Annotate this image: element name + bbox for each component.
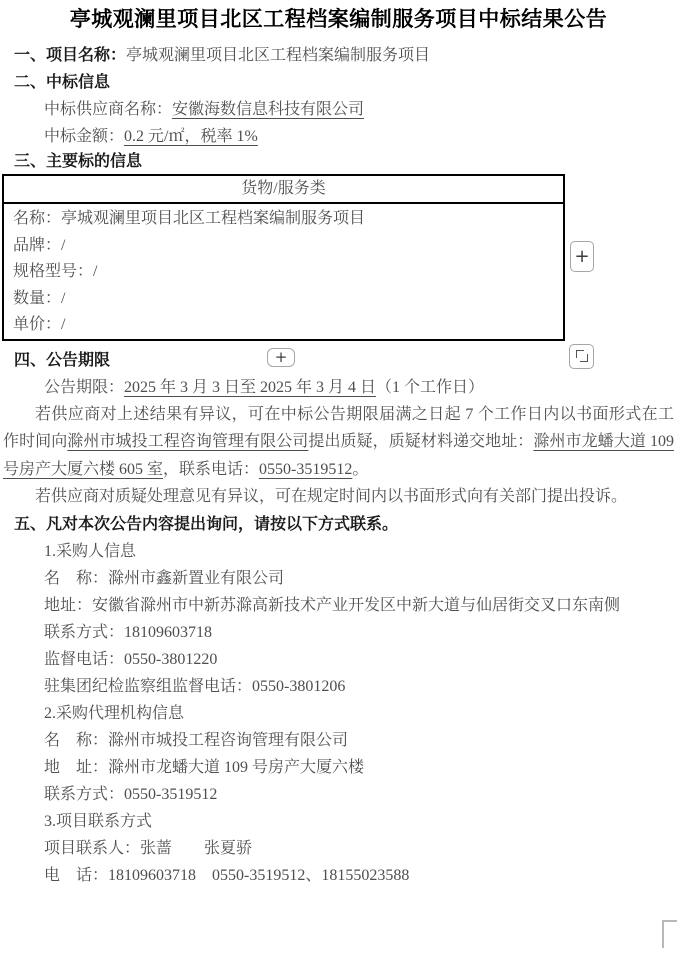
amount-line: 中标金额：0.2 元/㎡，税率 1% bbox=[0, 123, 677, 150]
objection-text: ，联系电话： bbox=[163, 461, 259, 478]
period-line: 公告期限：2025 年 3 月 3 日至 2025 年 3 月 4 日（1 个工… bbox=[0, 374, 677, 401]
agency-name-underlined: 滁州市城投工程咨询管理有限公司 bbox=[67, 433, 308, 450]
project-name-value: 亭城观澜里项目北区工程档案编制服务项目 bbox=[126, 47, 430, 64]
table-body: 名称：亭城观澜里项目北区工程档案编制服务项目 品牌：/ 规格型号：/ 数量：/ … bbox=[4, 204, 563, 339]
contact-line-project-contacts: 项目联系人：张蔷 张夏骄 bbox=[0, 835, 677, 862]
table-row: 规格型号：/ bbox=[13, 259, 563, 286]
subject-table-area: 货物/服务类 名称：亭城观澜里项目北区工程档案编制服务项目 品牌：/ 规格型号：… bbox=[0, 174, 677, 341]
supplier-label: 中标供应商名称： bbox=[44, 101, 172, 118]
amount-label: 中标金额： bbox=[44, 128, 124, 145]
page-title: 亭城观澜里项目北区工程档案编制服务项目中标结果公告 bbox=[0, 0, 677, 34]
contact-line-purchaser-name: 名 称：滁州市鑫新置业有限公司 bbox=[0, 565, 677, 592]
section-2-heading: 二、中标信息 bbox=[14, 74, 110, 91]
objection-text: 提出质疑，质疑材料递交地址： bbox=[308, 433, 533, 450]
contact-line-agency-title: 2.采购代理机构信息 bbox=[0, 700, 677, 727]
bid-amount-value: 0.2 元/㎡，税率 1% bbox=[124, 128, 258, 145]
table-row: 数量：/ bbox=[13, 286, 563, 313]
expand-button[interactable] bbox=[569, 344, 594, 369]
contact-line-project-phones: 电 话：18109603718 0550-3519512、18155023588 bbox=[0, 862, 677, 889]
contact-line-agency-name: 名 称：滁州市城投工程咨询管理有限公司 bbox=[0, 727, 677, 754]
supplier-line: 中标供应商名称：安徽海数信息科技有限公司 bbox=[0, 96, 677, 123]
contact-line-purchaser-address: 地址：安徽省滁州市中新苏滁高新技术产业开发区中新大道与仙居街交叉口东南侧 bbox=[0, 592, 677, 619]
objection-paragraph: 若供应商对上述结果有异议，可在中标公告期限届满之日起 7 个工作日内以书面形式在… bbox=[3, 401, 674, 484]
contact-line-agency-phone: 联系方式：0550-3519512 bbox=[0, 781, 677, 808]
section-5-heading: 五、凡对本次公告内容提出询问，请按以下方式联系。 bbox=[14, 516, 398, 533]
contact-line-discipline-phone: 驻集团纪检监察组监督电话：0550-3801206 bbox=[0, 673, 677, 700]
section-4-heading: 四、公告期限 bbox=[14, 352, 110, 369]
period-value: 2025 年 3 月 3 日至 2025 年 3 月 4 日 bbox=[124, 379, 376, 396]
page-corner-mark bbox=[662, 920, 677, 948]
subject-matter-table: 货物/服务类 名称：亭城观澜里项目北区工程档案编制服务项目 品牌：/ 规格型号：… bbox=[2, 174, 565, 341]
table-header-cell: 货物/服务类 bbox=[4, 176, 563, 204]
period-note: （1 个工作日） bbox=[376, 379, 484, 396]
period-label: 公告期限： bbox=[44, 379, 124, 396]
contact-line-supervision-phone: 监督电话：0550-3801220 bbox=[0, 646, 677, 673]
section-project-name: 一、项目名称：亭城观澜里项目北区工程档案编制服务项目 bbox=[0, 42, 677, 69]
table-row: 单价：/ bbox=[13, 312, 563, 339]
contact-line-purchaser-title: 1.采购人信息 bbox=[0, 538, 677, 565]
table-add-button[interactable]: + bbox=[570, 241, 594, 272]
contact-phone-underlined: 0550-3519512 bbox=[259, 461, 352, 478]
fullscreen-icon bbox=[576, 350, 588, 362]
section-bid-info: 二、中标信息 bbox=[0, 69, 677, 96]
section-announcement-period: 四、公告期限 + bbox=[0, 347, 677, 374]
announcement-document: 亭城观澜里项目北区工程档案编制服务项目中标结果公告 一、项目名称：亭城观澜里项目… bbox=[0, 0, 677, 970]
section-1-heading: 一、项目名称： bbox=[14, 47, 126, 64]
section-subject-info: 三、主要标的信息 bbox=[0, 150, 677, 174]
contact-line-project-title: 3.项目联系方式 bbox=[0, 808, 677, 835]
section-3-heading: 三、主要标的信息 bbox=[14, 153, 142, 170]
table-row: 品牌：/ bbox=[13, 233, 563, 260]
section-contact: 五、凡对本次公告内容提出询问，请按以下方式联系。 bbox=[0, 511, 677, 538]
period-add-button[interactable]: + bbox=[267, 348, 295, 367]
complaint-paragraph: 若供应商对质疑处理意见有异议，可在规定时间内以书面形式向有关部门提出投诉。 bbox=[3, 483, 674, 511]
supplier-name-value: 安徽海数信息科技有限公司 bbox=[172, 101, 364, 118]
table-row: 名称：亭城观澜里项目北区工程档案编制服务项目 bbox=[13, 206, 563, 233]
contact-line-purchaser-phone: 联系方式：18109603718 bbox=[0, 619, 677, 646]
contact-line-agency-address: 地 址：滁州市龙蟠大道 109 号房产大厦六楼 bbox=[0, 754, 677, 781]
objection-text: 。 bbox=[352, 461, 368, 478]
